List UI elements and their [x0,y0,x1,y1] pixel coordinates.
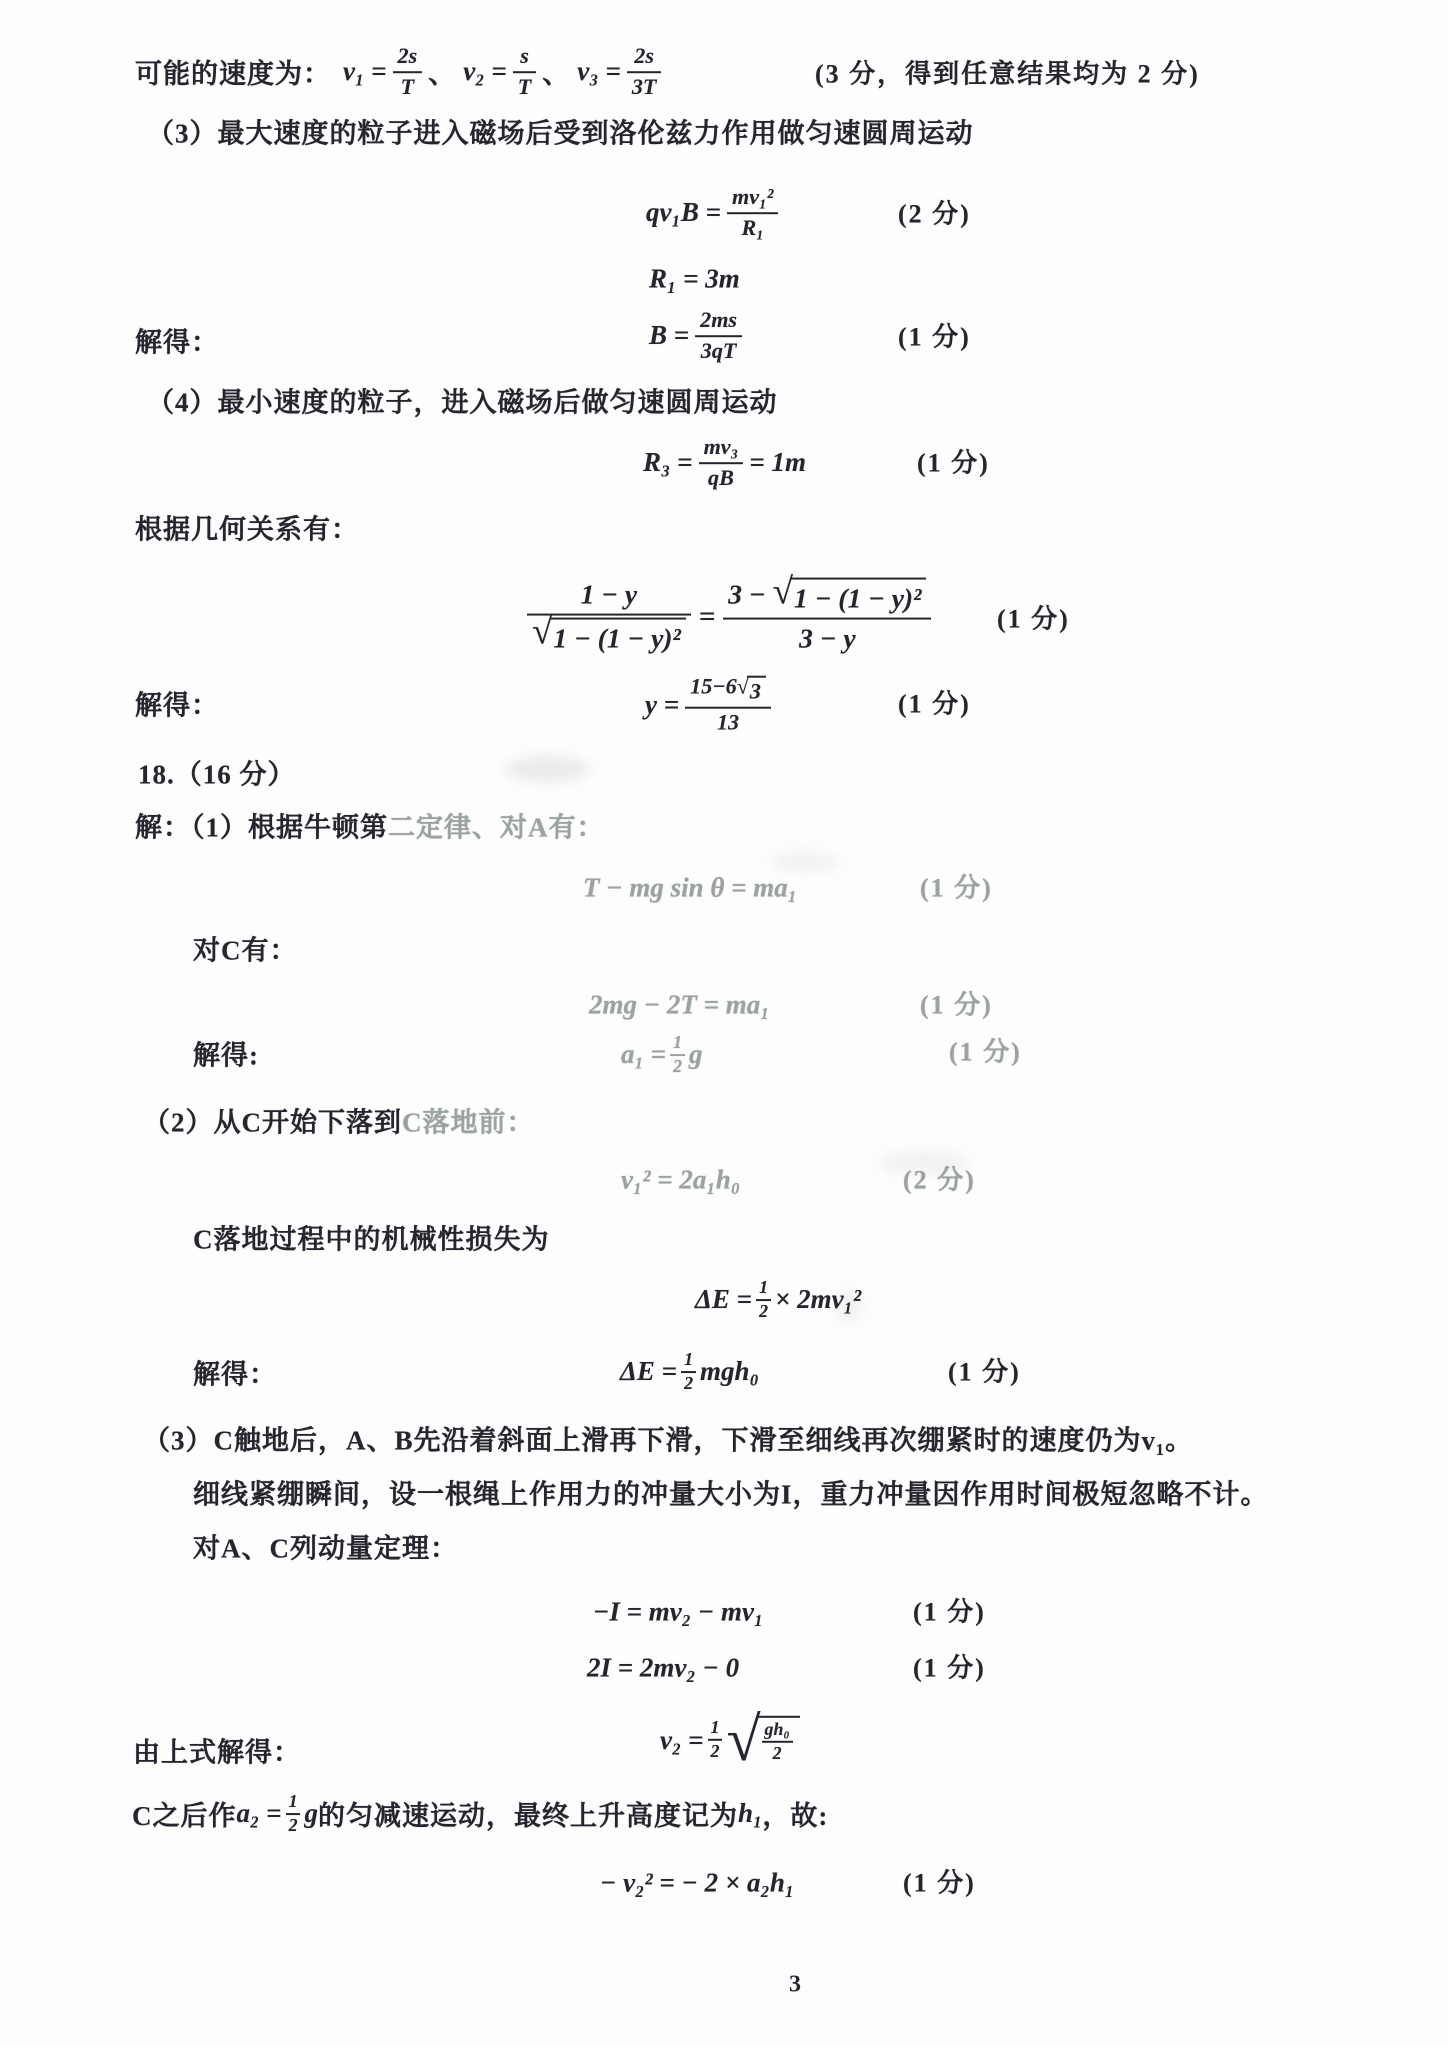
denominator: 2 [756,1301,771,1322]
numerator: gh₀ [762,1720,793,1743]
numerator: 1 [756,1278,771,1301]
energy-loss-label: C落地过程中的机械性损失为 [193,1218,550,1257]
page-number: 3 [789,1972,801,1999]
score-annotation: (1 分) [913,1648,986,1685]
numerator: 2s [627,44,662,73]
text-segment: C之后作 [132,1795,237,1834]
numerator: 1 [286,1792,301,1815]
numerator: 2ms [695,308,742,337]
score-annotation: (1 分) [913,1592,986,1629]
section-4-heading: （4）最小速度的粒子，进入磁场后做匀速圆周运动 [147,381,778,420]
denominator: T [513,73,537,100]
fraction: mv₃qB [699,435,744,491]
problem-18-heading: 18.（16 分） [138,753,296,792]
math-text: v₂ = [660,1724,704,1755]
heading-text-dark: （2）从C开始下落到 [143,1101,402,1140]
fraction: 2ms3qT [695,308,742,364]
math-text: R₃ = [643,448,693,479]
for-c-label: 对C有： [193,929,298,968]
equation-magnetic-field: B = 2ms3qT [649,308,748,364]
math-text: qv₁B = [646,198,721,229]
score-annotation: (1 分) [948,1352,1021,1389]
math-segment: h₁ [738,1799,762,1830]
deceleration-description: C之后作 a₂ =12g 的匀减速运动，最终上升高度记为 h₁ ，故: [132,1792,828,1836]
numerator: 3 −√1 − (1 − y)² [723,578,931,620]
equation-final-height: − v₂² = − 2 × a₂h₁ [600,1868,794,1899]
equation-radius-3: R₃ = mv₃qB = 1m [643,435,806,491]
velocities-label: 可能的速度为： [135,53,331,92]
score-annotation: (1 分) [903,1863,976,1900]
numerator: 2s [393,44,423,73]
equation-y-result: y = 15−6√3 13 [645,675,777,736]
solution-text-dark: 解：（1）根据牛顿第 [135,806,388,845]
equation-energy-result: ΔE = 12 mgh₀ [620,1350,759,1394]
fraction: 12 [708,1718,723,1762]
equation-lorentz-force: qv₁B = mv₁²R₁ [646,185,784,241]
fraction: mv₁²R₁ [727,185,778,241]
denominator: 3 − y [723,620,931,656]
radicand: gh₀2 [757,1716,800,1764]
equation-momentum-c: 2I = 2mv₂ − 0 [587,1653,739,1684]
answer-sheet-page: 可能的速度为： v₁ = 2sT 、 v₂ = sT 、 v₃ = 2s3T (… [0,0,1448,2047]
fraction: 2s3T [627,44,662,100]
radical-sign: √ [532,618,552,648]
equation-newton-c: 2mg − 2T = ma₁ [589,990,770,1021]
math-text: 15−6 [690,674,737,699]
denominator: 2 [286,1815,301,1836]
math-text: a₂ = [237,1799,282,1830]
separator: 、 [542,53,570,92]
equation-geometry: 1 − y √1 − (1 − y)² = 3 −√1 − (1 − y)² 3… [519,578,939,657]
math-text: y = [645,690,679,721]
square-root: √1 − (1 − y)² [773,578,927,616]
equation-acceleration-1: a₁ = 12 g [621,1033,702,1077]
scan-smudge [505,755,590,783]
equation-radius-1: R₁ = 3m [649,264,740,295]
numerator: 15−6√3 [685,675,771,709]
denominator: 3T [627,73,662,100]
math-text: a₁ = [621,1040,666,1071]
radicand: 1 − (1 − y)² [550,618,685,656]
numerator: s [513,44,537,73]
score-annotation: (1 分) [898,684,971,721]
fraction: 12 [286,1792,301,1836]
equation-v2-result: v₂ = 12 √gh₀2 [660,1716,800,1764]
equation-kinematics: v₁² = 2a₁h₀ [621,1165,740,1196]
square-root: √gh₀2 [726,1716,799,1764]
radical-sign: √ [726,1716,760,1764]
fraction: 3 −√1 − (1 − y)² 3 − y [723,578,931,657]
denominator: 3qT [695,337,742,364]
math-text: ΔE = [695,1285,752,1316]
score-annotation: (1 分) [949,1032,1022,1069]
score-annotation: (1 分) [997,599,1070,636]
score-annotation: (2 分) [898,194,971,231]
math-text: × 2mv₁² [775,1285,861,1316]
score-annotation: (2 分) [903,1160,976,1197]
numerator: 1 [708,1718,723,1741]
separator: 、 [428,53,456,92]
denominator: √1 − (1 − y)² [527,616,691,656]
numerator: mv₁² [727,185,778,214]
section-2-heading: （2）从C开始下落到 C落地前： [143,1101,535,1140]
solve-label: 解得： [135,684,219,723]
numerator: 1 [670,1033,685,1056]
impulse-description: 细线紧绷瞬间，设一根绳上作用力的冲量大小为I，重力冲量因作用时间极短忽略不计。 [193,1473,1269,1512]
equals-sign: = [699,601,716,634]
math-text: g [304,1799,318,1830]
fraction: 12 [756,1278,771,1322]
score-annotation: (1 分) [917,443,990,480]
square-root: √3 [737,676,766,705]
score-annotation: (1 分) [920,985,993,1022]
fraction: sT [513,44,537,100]
score-annotation: (3 分，得到任意结果均为 2 分) [815,54,1200,91]
square-root: √1 − (1 − y)² [532,618,686,656]
solution-text-faded: 二定律、对A有： [388,806,605,845]
fraction: 1 − y √1 − (1 − y)² [527,578,691,657]
section-3-heading: （3）最大速度的粒子进入磁场后受到洛伦兹力作用做匀速圆周运动 [147,112,974,151]
math-text: v₂ = [463,57,507,88]
solve-label: 解得： [193,1353,277,1392]
text-segment: 的匀减速运动，最终上升高度记为 [318,1795,738,1834]
score-annotation: (1 分) [920,868,993,905]
denominator: 13 [685,709,771,736]
denominator: 2 [681,1373,696,1394]
velocities-formula: v₁ = 2sT 、 v₂ = sT 、 v₃ = 2s3T [343,44,667,100]
math-text: v₁ = [343,57,387,88]
line-possible-velocities: 可能的速度为： v₁ = 2sT 、 v₂ = sT 、 v₃ = 2s3T [135,44,667,100]
math-text: B = [649,321,689,352]
solve-label: 解得： [135,321,219,360]
denominator: 2 [762,1743,793,1764]
denominator: T [393,73,423,100]
fraction: 2sT [393,44,423,100]
scan-smudge [770,852,840,872]
fraction: 12 [681,1350,696,1394]
section-3b-heading: （3）C触地后，A、B先沿着斜面上滑再下滑，下滑至细线再次绷紧时的速度仍为v₁。 [143,1419,1193,1458]
fraction: 12 [670,1033,685,1077]
fraction: gh₀2 [762,1720,793,1764]
fraction: 15−6√3 13 [685,675,771,736]
denominator: 2 [708,1741,723,1762]
solve-label: 解得: [193,1034,259,1073]
math-text: g [689,1040,703,1071]
math-text: v₃ = [577,57,621,88]
radicand: 3 [747,676,766,705]
math-text: = 1m [749,448,806,479]
momentum-theorem-label: 对A、C列动量定理： [193,1527,458,1566]
score-annotation: (1 分) [898,317,971,354]
geometry-relation-label: 根据几何关系有： [135,508,359,547]
from-above-label: 由上式解得： [133,1731,301,1770]
numerator: 1 [681,1350,696,1373]
denominator: 2 [670,1056,685,1077]
numerator: 1 − y [527,578,691,616]
heading-text-faded: C落地前： [402,1101,535,1140]
math-text: ΔE = [620,1357,677,1388]
equation-newton-a: T − mg sin θ = ma₁ [583,873,797,904]
math-segment: a₂ =12g [237,1792,318,1836]
equation-momentum-a: −I = mv₂ − mv₁ [593,1597,763,1628]
radicand: 1 − (1 − y)² [791,578,926,616]
math-text: 3 − [728,579,765,610]
equation-energy-loss: ΔE = 12 × 2mv₁² [695,1278,861,1322]
denominator: qB [699,464,744,491]
numerator: mv₃ [699,435,744,464]
radical-sign: √ [773,578,793,608]
math-text: mgh₀ [700,1357,759,1388]
denominator: R₁ [727,214,778,241]
text-segment: ，故: [762,1795,828,1834]
solution-step-1-label: 解：（1）根据牛顿第 二定律、对A有： [135,806,605,845]
